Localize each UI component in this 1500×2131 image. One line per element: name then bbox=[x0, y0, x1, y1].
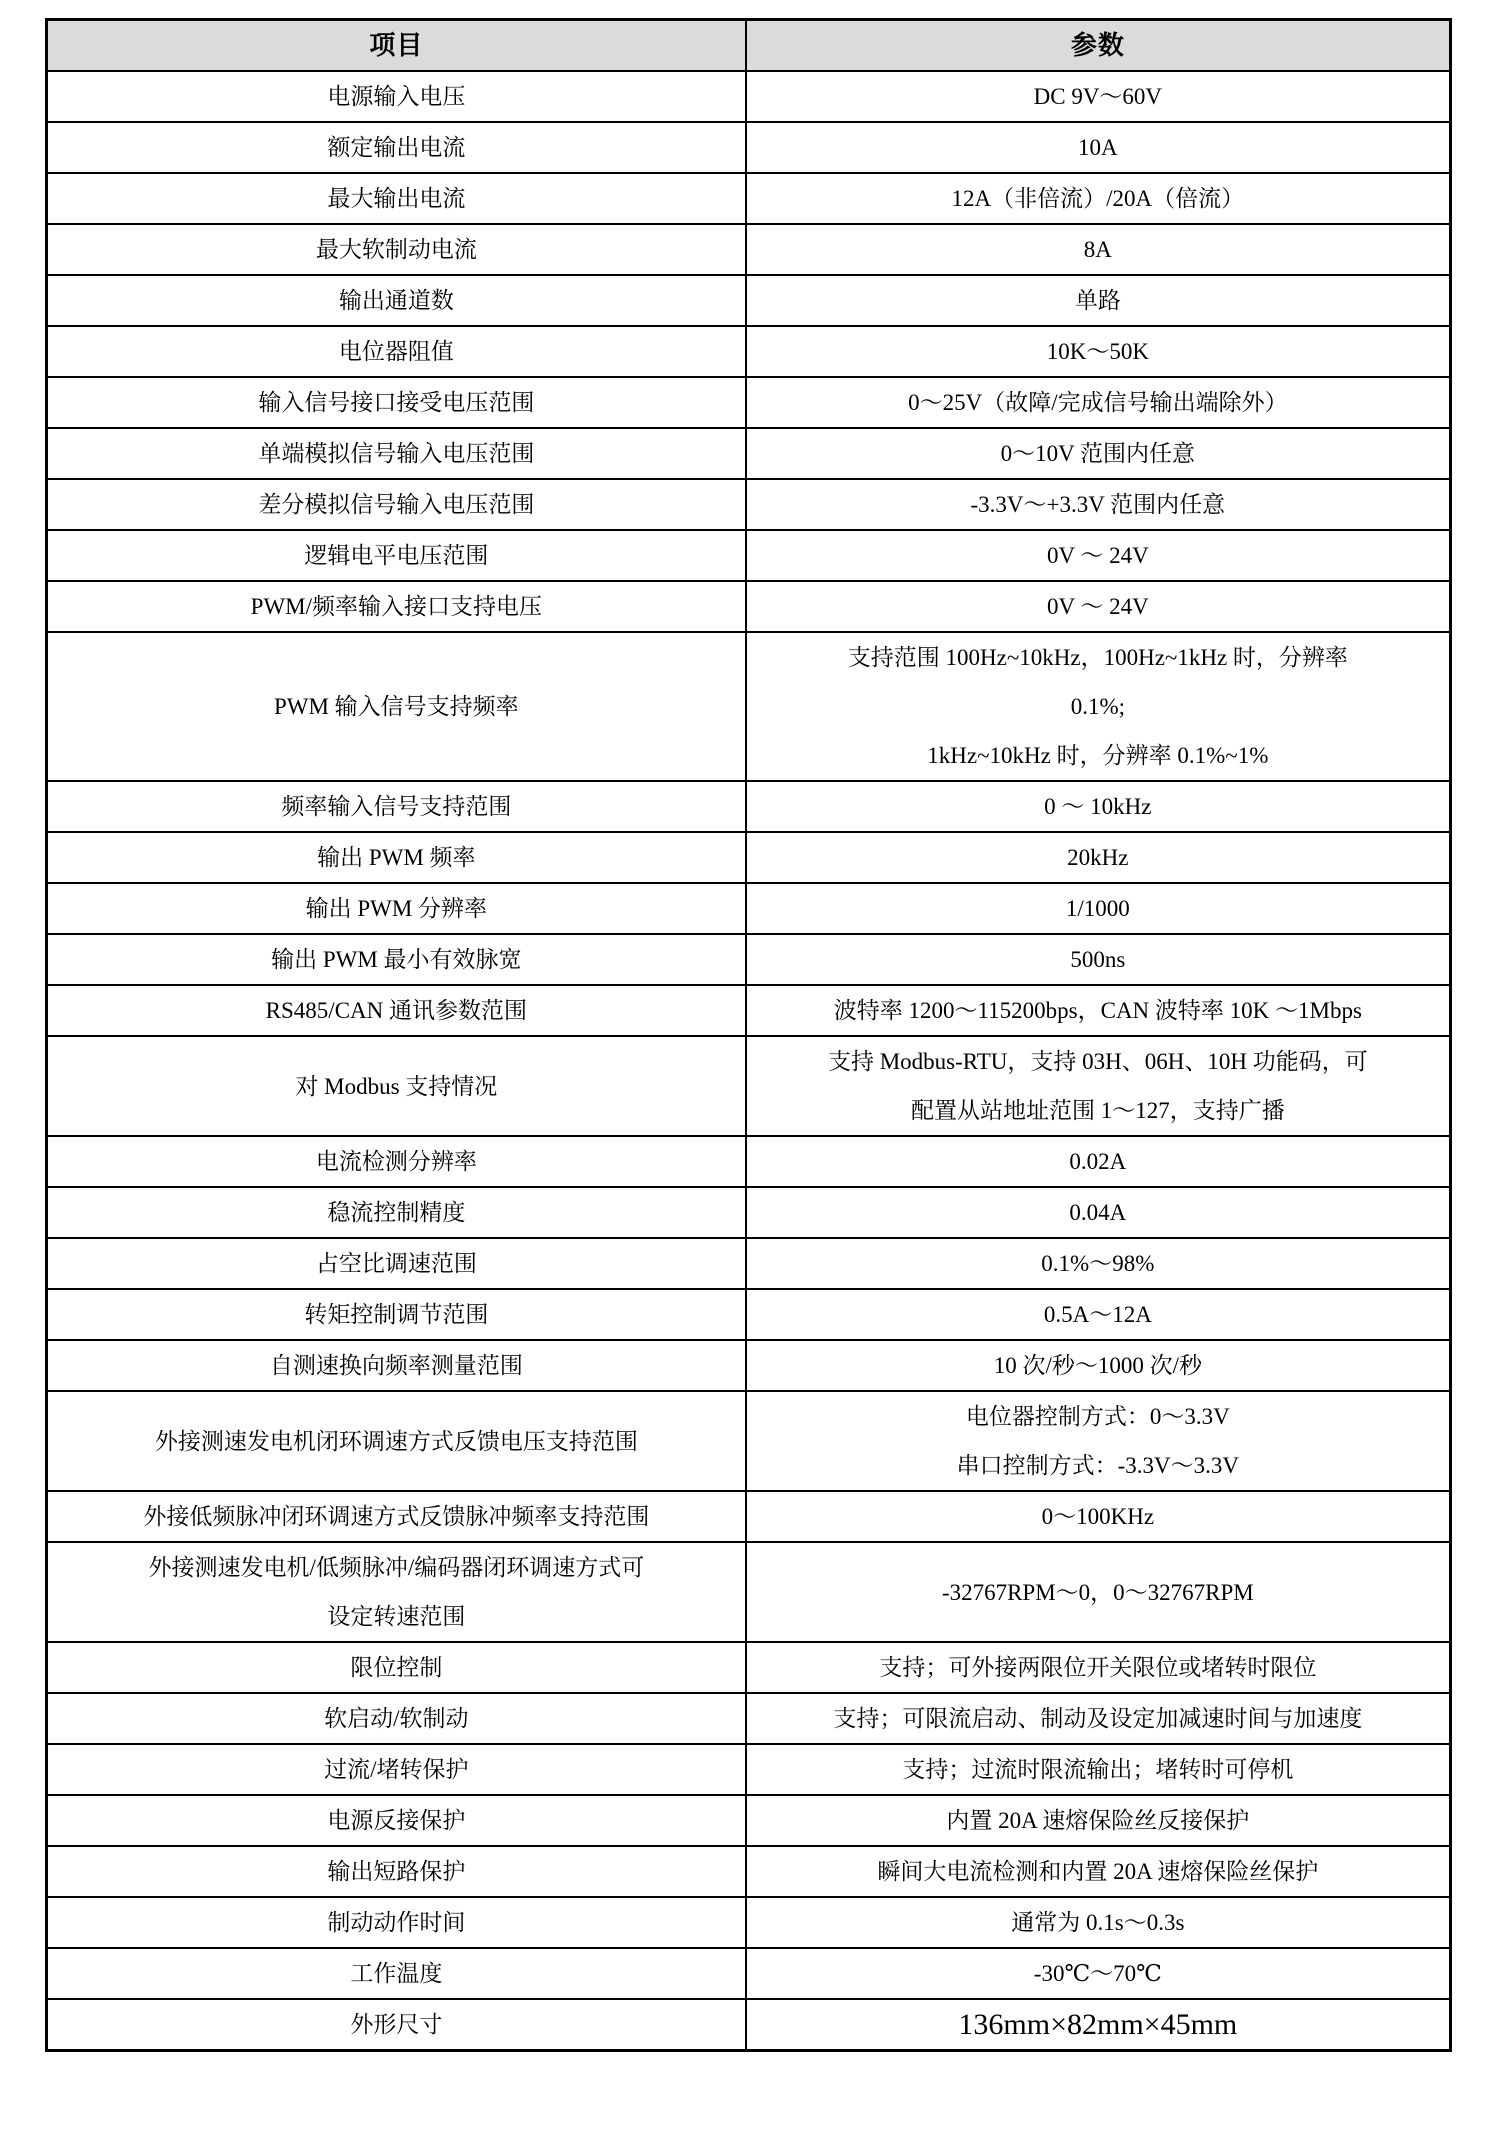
param-cell-line: 10A bbox=[747, 123, 1449, 172]
param-cell: 0 ～ 10kHz bbox=[746, 781, 1451, 832]
item-cell-line: 外接测速发电机/低频脉冲/编码器闭环调速方式可 bbox=[48, 1543, 745, 1592]
table-row: 差分模拟信号输入电压范围-3.3V～+3.3V 范围内任意 bbox=[47, 479, 1451, 530]
item-cell-line: 逻辑电平电压范围 bbox=[48, 531, 745, 580]
param-cell: 1/1000 bbox=[746, 883, 1451, 934]
item-cell-line: 最大软制动电流 bbox=[48, 225, 745, 274]
table-row: 限位控制支持；可外接两限位开关限位或堵转时限位 bbox=[47, 1642, 1451, 1693]
param-cell-line: 电位器控制方式：0～3.3V bbox=[747, 1392, 1449, 1441]
param-cell-line: 支持；可限流启动、制动及设定加减速时间与加速度 bbox=[747, 1694, 1449, 1743]
item-cell-line: RS485/CAN 通讯参数范围 bbox=[48, 986, 745, 1035]
param-cell-line: 136mm×82mm×45mm bbox=[747, 2000, 1449, 2049]
table-row: 逻辑电平电压范围0V ～ 24V bbox=[47, 530, 1451, 581]
param-cell-line: 0.04A bbox=[747, 1188, 1449, 1237]
param-cell: 500ns bbox=[746, 934, 1451, 985]
table-row: 自测速换向频率测量范围10 次/秒～1000 次/秒 bbox=[47, 1340, 1451, 1391]
param-cell-line: 0.1%; bbox=[747, 682, 1449, 731]
item-cell-line: 电源输入电压 bbox=[48, 72, 745, 121]
item-cell-line: 输出 PWM 分辨率 bbox=[48, 884, 745, 933]
param-cell-line: 0.02A bbox=[747, 1137, 1449, 1186]
param-cell: 支持范围 100Hz~10kHz，100Hz~1kHz 时，分辨率0.1%;1k… bbox=[746, 632, 1451, 781]
header-param: 参数 bbox=[746, 20, 1451, 72]
param-cell: 12A（非倍流）/20A（倍流） bbox=[746, 173, 1451, 224]
table-row: 制动动作时间通常为 0.1s～0.3s bbox=[47, 1897, 1451, 1948]
item-cell: 输出短路保护 bbox=[47, 1846, 746, 1897]
item-cell-line: 输出 PWM 频率 bbox=[48, 833, 745, 882]
item-cell-line: 自测速换向频率测量范围 bbox=[48, 1341, 745, 1390]
item-cell: 最大输出电流 bbox=[47, 173, 746, 224]
item-cell-line: 过流/堵转保护 bbox=[48, 1745, 745, 1794]
header-row: 项目 参数 bbox=[47, 20, 1451, 72]
table-row: 输出 PWM 最小有效脉宽500ns bbox=[47, 934, 1451, 985]
item-cell-line: 限位控制 bbox=[48, 1643, 745, 1692]
item-cell: 电源反接保护 bbox=[47, 1795, 746, 1846]
item-cell-line: 工作温度 bbox=[48, 1949, 745, 1998]
param-cell-line: 支持范围 100Hz~10kHz，100Hz~1kHz 时，分辨率 bbox=[747, 633, 1449, 682]
table-row: 输出 PWM 频率20kHz bbox=[47, 832, 1451, 883]
param-cell: 0V ～ 24V bbox=[746, 530, 1451, 581]
table-row: 输入信号接口接受电压范围0～25V（故障/完成信号输出端除外） bbox=[47, 377, 1451, 428]
param-cell: 支持；过流时限流输出；堵转时可停机 bbox=[746, 1744, 1451, 1795]
item-cell: 外形尺寸 bbox=[47, 1999, 746, 2051]
header-item: 项目 bbox=[47, 20, 746, 72]
table-row: 单端模拟信号输入电压范围0～10V 范围内任意 bbox=[47, 428, 1451, 479]
param-cell-line: -3.3V～+3.3V 范围内任意 bbox=[747, 480, 1449, 529]
table-row: 电位器阻值10K～50K bbox=[47, 326, 1451, 377]
item-cell-line: 制动动作时间 bbox=[48, 1898, 745, 1947]
item-cell: 频率输入信号支持范围 bbox=[47, 781, 746, 832]
table-row: 电源反接保护内置 20A 速熔保险丝反接保护 bbox=[47, 1795, 1451, 1846]
item-cell: 单端模拟信号输入电压范围 bbox=[47, 428, 746, 479]
item-cell-line: 占空比调速范围 bbox=[48, 1239, 745, 1288]
item-cell-line: 输入信号接口接受电压范围 bbox=[48, 378, 745, 427]
item-cell: 限位控制 bbox=[47, 1642, 746, 1693]
param-cell-line: 10K～50K bbox=[747, 327, 1449, 376]
param-cell: 瞬间大电流检测和内置 20A 速熔保险丝保护 bbox=[746, 1846, 1451, 1897]
item-cell-line: 差分模拟信号输入电压范围 bbox=[48, 480, 745, 529]
item-cell: 占空比调速范围 bbox=[47, 1238, 746, 1289]
param-cell-line: 20kHz bbox=[747, 833, 1449, 882]
item-cell-line: 外接测速发电机闭环调速方式反馈电压支持范围 bbox=[48, 1417, 745, 1466]
param-cell: -30℃～70℃ bbox=[746, 1948, 1451, 1999]
item-cell-line: 稳流控制精度 bbox=[48, 1188, 745, 1237]
table-row: 外接测速发电机/低频脉冲/编码器闭环调速方式可设定转速范围-32767RPM～0… bbox=[47, 1542, 1451, 1642]
param-cell-line: 瞬间大电流检测和内置 20A 速熔保险丝保护 bbox=[747, 1847, 1449, 1896]
param-cell-line: 配置从站地址范围 1～127，支持广播 bbox=[747, 1086, 1449, 1135]
param-cell: 0.5A～12A bbox=[746, 1289, 1451, 1340]
param-cell-line: 支持 Modbus-RTU，支持 03H、06H、10H 功能码，可 bbox=[747, 1037, 1449, 1086]
table-row: 输出通道数单路 bbox=[47, 275, 1451, 326]
param-cell: 波特率 1200～115200bps，CAN 波特率 10K ～1Mbps bbox=[746, 985, 1451, 1036]
table-row: 电流检测分辨率0.02A bbox=[47, 1136, 1451, 1187]
item-cell: 外接低频脉冲闭环调速方式反馈脉冲频率支持范围 bbox=[47, 1491, 746, 1542]
item-cell-line: 输出通道数 bbox=[48, 276, 745, 325]
item-cell-line: PWM/频率输入接口支持电压 bbox=[48, 582, 745, 631]
param-cell: -3.3V～+3.3V 范围内任意 bbox=[746, 479, 1451, 530]
table-row: 软启动/软制动支持；可限流启动、制动及设定加减速时间与加速度 bbox=[47, 1693, 1451, 1744]
param-cell: 10 次/秒～1000 次/秒 bbox=[746, 1340, 1451, 1391]
param-cell: 20kHz bbox=[746, 832, 1451, 883]
item-cell: 额定输出电流 bbox=[47, 122, 746, 173]
param-cell-line: 通常为 0.1s～0.3s bbox=[747, 1898, 1449, 1947]
param-cell-line: 1kHz~10kHz 时，分辨率 0.1%~1% bbox=[747, 731, 1449, 780]
item-cell: PWM 输入信号支持频率 bbox=[47, 632, 746, 781]
param-cell: 0～25V（故障/完成信号输出端除外） bbox=[746, 377, 1451, 428]
item-cell: 自测速换向频率测量范围 bbox=[47, 1340, 746, 1391]
param-cell: 单路 bbox=[746, 275, 1451, 326]
item-cell: 工作温度 bbox=[47, 1948, 746, 1999]
param-cell-line: 8A bbox=[747, 225, 1449, 274]
item-cell-line: 电流检测分辨率 bbox=[48, 1137, 745, 1186]
item-cell: 过流/堵转保护 bbox=[47, 1744, 746, 1795]
param-cell-line: -32767RPM～0，0～32767RPM bbox=[747, 1568, 1449, 1617]
param-cell: 电位器控制方式：0～3.3V串口控制方式：-3.3V～3.3V bbox=[746, 1391, 1451, 1491]
table-row: 输出 PWM 分辨率1/1000 bbox=[47, 883, 1451, 934]
item-cell: 外接测速发电机/低频脉冲/编码器闭环调速方式可设定转速范围 bbox=[47, 1542, 746, 1642]
item-cell: 软启动/软制动 bbox=[47, 1693, 746, 1744]
param-cell-line: 0V ～ 24V bbox=[747, 531, 1449, 580]
item-cell-line: 最大输出电流 bbox=[48, 174, 745, 223]
item-cell: 输入信号接口接受电压范围 bbox=[47, 377, 746, 428]
param-cell: -32767RPM～0，0～32767RPM bbox=[746, 1542, 1451, 1642]
param-cell: 8A bbox=[746, 224, 1451, 275]
table-row: 对 Modbus 支持情况支持 Modbus-RTU，支持 03H、06H、10… bbox=[47, 1036, 1451, 1136]
spec-sheet-page: 项目 参数 电源输入电压DC 9V～60V额定输出电流10A最大输出电流12A（… bbox=[0, 0, 1500, 2131]
item-cell-line: 对 Modbus 支持情况 bbox=[48, 1062, 745, 1111]
param-cell: 10K～50K bbox=[746, 326, 1451, 377]
param-cell-line: 波特率 1200～115200bps，CAN 波特率 10K ～1Mbps bbox=[747, 986, 1449, 1035]
param-cell-line: 单路 bbox=[747, 276, 1449, 325]
param-cell: 0V ～ 24V bbox=[746, 581, 1451, 632]
table-row: 电源输入电压DC 9V～60V bbox=[47, 71, 1451, 122]
param-cell: 内置 20A 速熔保险丝反接保护 bbox=[746, 1795, 1451, 1846]
item-cell-line: 外形尺寸 bbox=[48, 2000, 745, 2049]
param-cell-line: 内置 20A 速熔保险丝反接保护 bbox=[747, 1796, 1449, 1845]
param-cell-line: 0～25V（故障/完成信号输出端除外） bbox=[747, 378, 1449, 427]
item-cell-line: 输出 PWM 最小有效脉宽 bbox=[48, 935, 745, 984]
table-row: PWM 输入信号支持频率支持范围 100Hz~10kHz，100Hz~1kHz … bbox=[47, 632, 1451, 781]
param-cell-line: 12A（非倍流）/20A（倍流） bbox=[747, 174, 1449, 223]
param-cell: 支持 Modbus-RTU，支持 03H、06H、10H 功能码，可配置从站地址… bbox=[746, 1036, 1451, 1136]
item-cell: PWM/频率输入接口支持电压 bbox=[47, 581, 746, 632]
table-row: 过流/堵转保护支持；过流时限流输出；堵转时可停机 bbox=[47, 1744, 1451, 1795]
param-cell-line: 0V ～ 24V bbox=[747, 582, 1449, 631]
item-cell-line: 电位器阻值 bbox=[48, 327, 745, 376]
table-row: 最大输出电流12A（非倍流）/20A（倍流） bbox=[47, 173, 1451, 224]
item-cell: 输出 PWM 频率 bbox=[47, 832, 746, 883]
item-cell-line: 设定转速范围 bbox=[48, 1592, 745, 1641]
item-cell-line: 额定输出电流 bbox=[48, 123, 745, 172]
param-cell: 0.04A bbox=[746, 1187, 1451, 1238]
item-cell: 电位器阻值 bbox=[47, 326, 746, 377]
table-row: 稳流控制精度0.04A bbox=[47, 1187, 1451, 1238]
table-row: 最大软制动电流8A bbox=[47, 224, 1451, 275]
param-cell-line: 1/1000 bbox=[747, 884, 1449, 933]
param-cell-line: 0～100KHz bbox=[747, 1492, 1449, 1541]
spec-table: 项目 参数 电源输入电压DC 9V～60V额定输出电流10A最大输出电流12A（… bbox=[45, 18, 1452, 2052]
item-cell: 逻辑电平电压范围 bbox=[47, 530, 746, 581]
table-row: 转矩控制调节范围0.5A～12A bbox=[47, 1289, 1451, 1340]
param-cell-line: 0 ～ 10kHz bbox=[747, 782, 1449, 831]
param-cell-line: -30℃～70℃ bbox=[747, 1949, 1449, 1998]
item-cell: 电源输入电压 bbox=[47, 71, 746, 122]
param-cell: 0～10V 范围内任意 bbox=[746, 428, 1451, 479]
item-cell-line: 频率输入信号支持范围 bbox=[48, 782, 745, 831]
param-cell-line: DC 9V～60V bbox=[747, 72, 1449, 121]
table-row: RS485/CAN 通讯参数范围波特率 1200～115200bps，CAN 波… bbox=[47, 985, 1451, 1036]
item-cell: 对 Modbus 支持情况 bbox=[47, 1036, 746, 1136]
param-cell: 0.1%～98% bbox=[746, 1238, 1451, 1289]
table-row: 输出短路保护瞬间大电流检测和内置 20A 速熔保险丝保护 bbox=[47, 1846, 1451, 1897]
item-cell: 差分模拟信号输入电压范围 bbox=[47, 479, 746, 530]
param-cell-line: 串口控制方式：-3.3V～3.3V bbox=[747, 1441, 1449, 1490]
item-cell: 外接测速发电机闭环调速方式反馈电压支持范围 bbox=[47, 1391, 746, 1491]
table-row: 频率输入信号支持范围0 ～ 10kHz bbox=[47, 781, 1451, 832]
param-cell: 136mm×82mm×45mm bbox=[746, 1999, 1451, 2051]
table-row: 占空比调速范围0.1%～98% bbox=[47, 1238, 1451, 1289]
item-cell: 输出 PWM 最小有效脉宽 bbox=[47, 934, 746, 985]
table-row: 外形尺寸136mm×82mm×45mm bbox=[47, 1999, 1451, 2051]
param-cell-line: 0.1%～98% bbox=[747, 1239, 1449, 1288]
item-cell: 输出 PWM 分辨率 bbox=[47, 883, 746, 934]
item-cell-line: PWM 输入信号支持频率 bbox=[48, 682, 745, 731]
param-cell-line: 支持；可外接两限位开关限位或堵转时限位 bbox=[747, 1643, 1449, 1692]
item-cell: 转矩控制调节范围 bbox=[47, 1289, 746, 1340]
item-cell: RS485/CAN 通讯参数范围 bbox=[47, 985, 746, 1036]
table-row: 工作温度-30℃～70℃ bbox=[47, 1948, 1451, 1999]
table-row: 外接测速发电机闭环调速方式反馈电压支持范围电位器控制方式：0～3.3V串口控制方… bbox=[47, 1391, 1451, 1491]
param-cell-line: 10 次/秒～1000 次/秒 bbox=[747, 1341, 1449, 1390]
item-cell-line: 转矩控制调节范围 bbox=[48, 1290, 745, 1339]
param-cell-line: 支持；过流时限流输出；堵转时可停机 bbox=[747, 1745, 1449, 1794]
table-body: 电源输入电压DC 9V～60V额定输出电流10A最大输出电流12A（非倍流）/2… bbox=[47, 71, 1451, 2051]
item-cell: 稳流控制精度 bbox=[47, 1187, 746, 1238]
table-row: 外接低频脉冲闭环调速方式反馈脉冲频率支持范围0～100KHz bbox=[47, 1491, 1451, 1542]
item-cell: 最大软制动电流 bbox=[47, 224, 746, 275]
item-cell: 电流检测分辨率 bbox=[47, 1136, 746, 1187]
param-cell: 0.02A bbox=[746, 1136, 1451, 1187]
table-row: 额定输出电流10A bbox=[47, 122, 1451, 173]
param-cell: DC 9V～60V bbox=[746, 71, 1451, 122]
param-cell-line: 500ns bbox=[747, 935, 1449, 984]
item-cell-line: 电源反接保护 bbox=[48, 1796, 745, 1845]
param-cell-line: 0～10V 范围内任意 bbox=[747, 429, 1449, 478]
item-cell-line: 外接低频脉冲闭环调速方式反馈脉冲频率支持范围 bbox=[48, 1492, 745, 1541]
param-cell-line: 0.5A～12A bbox=[747, 1290, 1449, 1339]
item-cell: 制动动作时间 bbox=[47, 1897, 746, 1948]
param-cell: 通常为 0.1s～0.3s bbox=[746, 1897, 1451, 1948]
param-cell: 支持；可外接两限位开关限位或堵转时限位 bbox=[746, 1642, 1451, 1693]
item-cell-line: 单端模拟信号输入电压范围 bbox=[48, 429, 745, 478]
item-cell-line: 输出短路保护 bbox=[48, 1847, 745, 1896]
param-cell: 0～100KHz bbox=[746, 1491, 1451, 1542]
item-cell: 输出通道数 bbox=[47, 275, 746, 326]
param-cell: 10A bbox=[746, 122, 1451, 173]
param-cell: 支持；可限流启动、制动及设定加减速时间与加速度 bbox=[746, 1693, 1451, 1744]
item-cell-line: 软启动/软制动 bbox=[48, 1694, 745, 1743]
table-row: PWM/频率输入接口支持电压0V ～ 24V bbox=[47, 581, 1451, 632]
